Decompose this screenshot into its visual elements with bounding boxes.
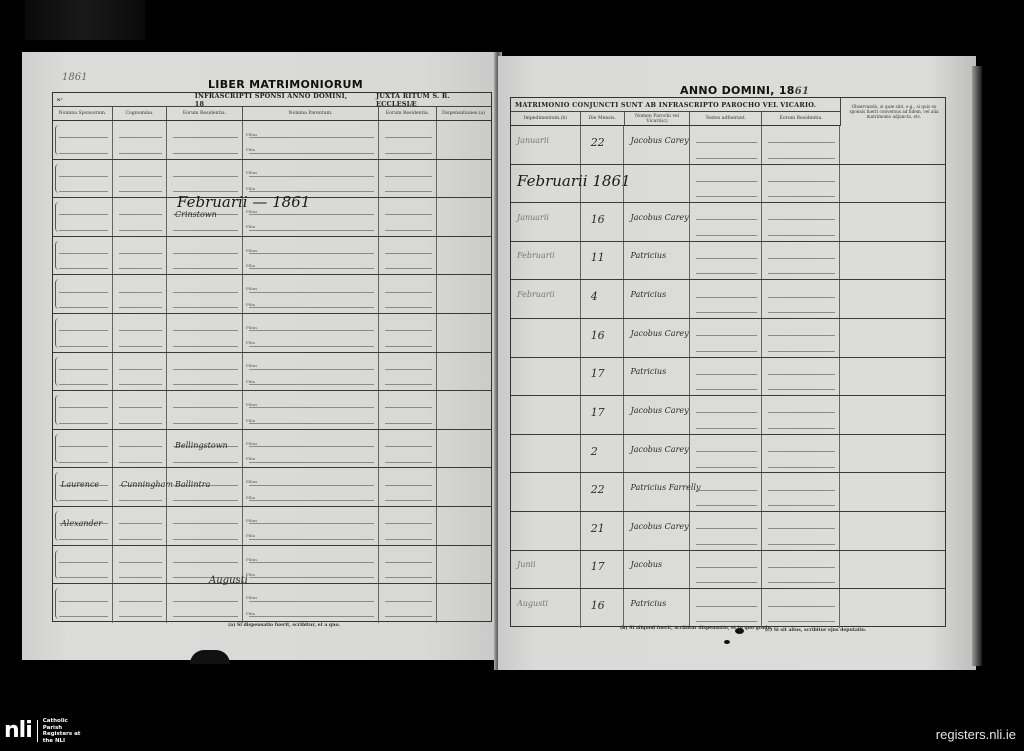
filia-label: Filia <box>246 302 255 307</box>
table-title-rite: JUXTA RITUM S. R. ECCLESIÆ <box>376 92 491 108</box>
entry-cell <box>840 126 946 164</box>
month-entry: Januarii <box>517 136 549 145</box>
entry-cell: FiliusFilia <box>243 584 379 623</box>
register-entry: FiliusFilia <box>53 314 491 353</box>
filia-label: Filius <box>246 557 257 562</box>
entry-cell <box>437 468 490 506</box>
entry-cell: 22 <box>581 473 625 511</box>
register-entry: FiliusFilia <box>53 121 491 160</box>
entry-cell <box>53 198 113 236</box>
entry-cell <box>840 512 946 550</box>
entry-cell <box>840 165 946 203</box>
entry-cell <box>53 430 113 468</box>
entry-cell: 22 <box>581 126 625 164</box>
entry-cell <box>113 353 167 391</box>
entry-cell: 16 <box>581 589 625 628</box>
entry-cell: FiliusFilia <box>243 430 379 468</box>
entry-cell <box>690 473 762 511</box>
entry-cell <box>624 165 690 203</box>
register-entry: 21Jacobus Carey <box>511 512 945 551</box>
entry-cell <box>53 121 113 159</box>
entry-cell <box>762 242 840 280</box>
entry-cell <box>113 507 167 545</box>
document-viewer[interactable]: 1861 LIBER MATRIMONIORUM N° INFRASCRIPTI… <box>0 0 1024 751</box>
entry-cell <box>762 435 840 473</box>
col-header: Eorum Residentia. <box>762 112 840 125</box>
entry-cell <box>437 198 490 236</box>
entry-cell <box>167 160 243 198</box>
table-title-text: INFRASCRIPTI SPONSI ANNO DOMINI, 18 <box>195 92 356 108</box>
entry-cell: Patricius <box>624 589 690 628</box>
day-entry: 16 <box>591 213 605 226</box>
register-entry: Junii17Jacobus <box>511 551 945 590</box>
entry-cell: Patricius <box>624 280 690 318</box>
entry-cell <box>113 584 167 623</box>
filia-label: Filia <box>246 147 255 152</box>
entry-cell <box>113 237 167 275</box>
filia-label: Filia <box>246 533 255 538</box>
entry-cell <box>53 584 113 623</box>
table-title-right: MATRIMONIO CONJUNCTI SUNT AB INFRASCRIPT… <box>511 98 840 112</box>
day-entry: 21 <box>591 522 605 535</box>
brace <box>55 472 59 502</box>
entry-cell <box>379 314 437 352</box>
entry-cell <box>511 358 581 396</box>
priest-entry: Patricius <box>630 367 666 376</box>
entry-cell <box>167 314 243 352</box>
entry-cell <box>840 396 946 434</box>
entry-cell <box>690 435 762 473</box>
entry-cell: Jacobus Carey <box>624 512 690 550</box>
month-entry: Februarii <box>517 251 555 260</box>
month-entry: Augusti <box>517 599 548 608</box>
entry-cell <box>53 391 113 429</box>
filia-label: Filius <box>246 479 257 484</box>
register-entry: Februarii11Patricius <box>511 242 945 281</box>
entry-cell <box>690 242 762 280</box>
entry-cell <box>437 314 490 352</box>
register-entry: 17Patricius <box>511 358 945 397</box>
right-header-block: MATRIMONIO CONJUNCTI SUNT AB INFRASCRIPT… <box>511 98 841 126</box>
handwritten-entry: Cunningham <box>121 480 173 489</box>
entry-cell <box>379 507 437 545</box>
entry-cell <box>53 314 113 352</box>
entry-cell: Ballintra <box>167 468 243 506</box>
entry-cell <box>511 473 581 511</box>
day-entry: 17 <box>591 367 605 380</box>
day-entry: 17 <box>591 560 605 573</box>
entry-cell: 16 <box>581 203 625 241</box>
ink-blot <box>735 628 744 634</box>
entry-cell: Patricius <box>624 358 690 396</box>
entry-cell <box>437 275 490 313</box>
entry-cell <box>113 160 167 198</box>
entry-cell: 17 <box>581 551 625 589</box>
handwritten-entry: Alexander <box>61 519 102 528</box>
filia-label: Filia <box>246 340 255 345</box>
entry-cell <box>762 396 840 434</box>
entry-cell <box>762 512 840 550</box>
entry-cell: Augusti <box>511 589 581 628</box>
entry-cell: Jacobus Carey <box>624 126 690 164</box>
day-entry: 2 <box>591 445 598 458</box>
entry-cell: Patricius <box>624 242 690 280</box>
entry-cell <box>840 435 946 473</box>
register-entry: BellingstownFiliusFilia <box>53 430 491 469</box>
filia-label: Filia <box>246 224 255 229</box>
entry-cell: FiliusFilia <box>243 391 379 429</box>
entry-cell: Februarii <box>511 280 581 318</box>
entry-cell: Jacobus Carey <box>624 396 690 434</box>
priest-entry: Jacobus Carey <box>630 406 688 415</box>
entry-cell <box>437 584 490 623</box>
entry-cell: FiliusFilia <box>243 314 379 352</box>
entry-cell <box>379 275 437 313</box>
register-entry: Januarii22Jacobus Carey <box>511 126 945 165</box>
entry-cell <box>840 203 946 241</box>
entry-cell <box>840 589 946 628</box>
entry-cell <box>437 160 490 198</box>
filia-label: Filius <box>246 402 257 407</box>
entry-cell: Jacobus Carey <box>624 203 690 241</box>
entry-cell <box>840 551 946 589</box>
entry-cell: FiliusFilia <box>243 275 379 313</box>
entry-cell <box>762 126 840 164</box>
register-entry: FiliusFilia <box>53 237 491 276</box>
filia-label: Filius <box>246 441 257 446</box>
handwritten-august: Augusti <box>209 575 248 586</box>
register-entry: Januarii16Jacobus Carey <box>511 203 945 242</box>
entry-cell <box>690 512 762 550</box>
col-header: Die Mensis. <box>581 112 625 125</box>
entry-cell <box>437 121 490 159</box>
entry-cell <box>437 546 490 584</box>
register-entry: 2Jacobus Carey <box>511 435 945 474</box>
filia-label: Filius <box>246 363 257 368</box>
handwritten-entry: Ballintra <box>175 480 210 489</box>
brace <box>55 357 59 387</box>
entry-cell: Januarii <box>511 203 581 241</box>
entry-cell <box>167 507 243 545</box>
entry-cell <box>379 198 437 236</box>
entry-cell <box>840 280 946 318</box>
filia-label: Filius <box>246 248 257 253</box>
entry-cell <box>113 430 167 468</box>
register-entry: FiliusFilia <box>53 275 491 314</box>
entry-cell <box>379 237 437 275</box>
filia-label: Filius <box>246 132 257 137</box>
entry-cell <box>167 584 243 623</box>
filia-label: Filia <box>246 456 255 461</box>
entry-cell <box>762 589 840 628</box>
register-entry: Augusti16Patricius <box>511 589 945 628</box>
brace <box>55 588 59 619</box>
entry-cell: FiliusFilia <box>243 353 379 391</box>
entry-cell <box>437 507 490 545</box>
entry-cell <box>167 275 243 313</box>
entry-cell <box>53 353 113 391</box>
col-header: Cognomina. <box>113 107 167 120</box>
register-entry: 17Jacobus Carey <box>511 396 945 435</box>
entry-cell <box>690 358 762 396</box>
entry-cell: Februarii <box>511 242 581 280</box>
entry-cell <box>690 280 762 318</box>
register-entry: Februarii4Patricius <box>511 280 945 319</box>
entry-cell <box>762 203 840 241</box>
day-entry: 22 <box>591 483 605 496</box>
entry-cell <box>167 237 243 275</box>
entry-cell <box>840 319 946 357</box>
priest-entry: Patricius <box>630 290 666 299</box>
entry-cell: Laurence <box>53 468 113 506</box>
brace <box>55 318 59 348</box>
entry-cell: 2 <box>581 435 625 473</box>
entry-cell: Bellingstown <box>167 430 243 468</box>
col-header: Eorum Residentia. <box>379 107 437 120</box>
entry-cell <box>690 203 762 241</box>
priest-entry: Jacobus Carey <box>630 136 688 145</box>
entry-cell <box>762 280 840 318</box>
entry-cell: FiliusFilia <box>243 468 379 506</box>
priest-entry: Jacobus Carey <box>630 329 688 338</box>
table-title-left: N° INFRASCRIPTI SPONSI ANNO DOMINI, 18 J… <box>53 93 491 107</box>
entry-cell: Junii <box>511 551 581 589</box>
entry-cell: Alexander <box>53 507 113 545</box>
entry-cell <box>762 551 840 589</box>
marriage-register-table-right: MATRIMONIO CONJUNCTI SUNT AB INFRASCRIPT… <box>510 97 946 627</box>
filia-label: Filius <box>246 286 257 291</box>
entry-cell <box>511 512 581 550</box>
col-header: Eorum Residentia. <box>167 107 243 120</box>
day-entry: 22 <box>591 136 605 149</box>
entry-cell <box>840 358 946 396</box>
entry-cell: FiliusFilia <box>243 121 379 159</box>
handwritten-entry: Laurence <box>61 480 99 489</box>
col-header: Testes adfuerunt. <box>690 112 762 125</box>
year-suffix: 61 <box>795 86 810 97</box>
priest-entry: Jacobus Carey <box>630 522 688 531</box>
entry-cell: FiliusFilia <box>243 237 379 275</box>
month-entry: Junii <box>517 560 536 569</box>
brace <box>55 550 59 580</box>
entry-cell <box>581 165 625 203</box>
brace <box>55 241 59 271</box>
entry-cell <box>53 275 113 313</box>
entry-cell <box>167 353 243 391</box>
col-header: Nomen Parochi vel Vicarii(c) <box>625 112 691 125</box>
col-header: Nomina Parentum. <box>243 107 379 120</box>
day-entry: 4 <box>591 290 598 303</box>
entry-cell <box>53 237 113 275</box>
nli-brand[interactable]: nli Catholic Parish Registers at the NLI <box>4 718 83 744</box>
right-page-title: ANNO DOMINI, 1861 <box>680 84 809 97</box>
entry-cell: 16 <box>581 319 625 357</box>
priest-entry: Jacobus Carey <box>630 213 688 222</box>
month-entry: Januarii <box>517 213 549 222</box>
filia-label: Filius <box>246 170 257 175</box>
entry-cell <box>379 584 437 623</box>
entry-cell <box>840 473 946 511</box>
priest-entry: Patricius <box>630 599 666 608</box>
entry-cell <box>113 121 167 159</box>
column-headers-left: Nomina Sponsorum. Cognomina. Eorum Resid… <box>53 107 491 121</box>
entry-cell <box>379 546 437 584</box>
entry-cell: 17 <box>581 396 625 434</box>
filia-label: Filia <box>246 495 255 500</box>
entry-cell: FiliusFilia <box>243 160 379 198</box>
entry-cell <box>762 358 840 396</box>
handwritten-month-header: Februarii — 1861 <box>177 193 310 211</box>
entry-cell: FiliusFilia <box>243 546 379 584</box>
entry-cell <box>113 275 167 313</box>
filia-label: Filia <box>246 611 255 616</box>
entry-cell: Februarii 1861 <box>511 165 581 203</box>
entry-cell <box>690 126 762 164</box>
corner-note: 1861 <box>62 72 87 83</box>
footnote-a: (a) Si dispensatio fuerit, scribitur, et… <box>228 623 340 628</box>
brace <box>55 279 59 309</box>
filia-label: Filia <box>246 418 255 423</box>
brace <box>55 434 59 464</box>
register-entry: LaurenceCunninghamBallintraFiliusFilia <box>53 468 491 507</box>
entry-cell: 17 <box>581 358 625 396</box>
priest-entry: Jacobus Carey <box>630 445 688 454</box>
register-entry: 22Patricius Farrelly <box>511 473 945 512</box>
nli-logo: nli <box>4 720 32 742</box>
entry-cell <box>113 546 167 584</box>
entry-cell: Patricius Farrelly <box>624 473 690 511</box>
entry-cell: Jacobus Carey <box>624 435 690 473</box>
entry-cell <box>690 165 762 203</box>
brace <box>55 395 59 425</box>
entry-cell <box>379 391 437 429</box>
priest-entry: Patricius <box>630 251 666 260</box>
day-entry: 17 <box>591 406 605 419</box>
filia-label: Filius <box>246 595 257 600</box>
handwritten-entry: Bellingstown <box>175 441 228 450</box>
footnote-c: (c) Si sit alius, scribitur ejus deputat… <box>765 628 866 633</box>
entry-cell <box>379 353 437 391</box>
filia-label: Filia <box>246 263 255 268</box>
register-entry: FiliusFilia <box>53 584 491 623</box>
handwritten-entry: Crinstown <box>175 210 217 219</box>
entry-cell <box>379 160 437 198</box>
month-entry: Februarii <box>517 290 555 299</box>
entry-cell <box>113 391 167 429</box>
register-entry: 16Jacobus Carey <box>511 319 945 358</box>
ink-blot <box>724 640 730 644</box>
entry-cell <box>379 430 437 468</box>
entry-cell <box>379 468 437 506</box>
ink-blot <box>190 650 230 664</box>
entry-cell: Januarii <box>511 126 581 164</box>
entry-cell <box>690 396 762 434</box>
entry-cell: 4 <box>581 280 625 318</box>
brace <box>55 164 59 194</box>
filia-label: Filius <box>246 325 257 330</box>
entry-cell <box>690 319 762 357</box>
register-entry: FiliusFilia <box>53 391 491 430</box>
entry-cell <box>690 589 762 628</box>
brace <box>55 125 59 155</box>
entry-cell <box>167 121 243 159</box>
entry-cell: 11 <box>581 242 625 280</box>
entry-cell <box>511 435 581 473</box>
observation-header: Observandu, si quæ sint, e.g., si quis e… <box>843 104 945 119</box>
entry-cell: Jacobus <box>624 551 690 589</box>
entry-cell <box>437 353 490 391</box>
brand-text: Catholic Parish Registers at the NLI <box>43 718 83 744</box>
entry-cell <box>762 319 840 357</box>
col-header: Nomina Sponsorum. <box>53 107 113 120</box>
entry-cell: Jacobus Carey <box>624 319 690 357</box>
brace <box>55 202 59 232</box>
anno-domini: ANNO DOMINI, 18 <box>680 84 795 97</box>
priest-entry: Jacobus <box>630 560 662 569</box>
entry-cell: 21 <box>581 512 625 550</box>
col-header: Impedimentum.(b) <box>511 112 581 125</box>
entry-cell <box>379 121 437 159</box>
entry-cell <box>437 237 490 275</box>
day-entry: 16 <box>591 329 605 342</box>
footnote-b: (b) Si aliquod fuerit, scribitur dispens… <box>620 626 772 631</box>
filia-label: Filia <box>246 379 255 384</box>
entries-right: Januarii22Jacobus CareyFebruarii 1861Jan… <box>511 126 945 626</box>
site-link[interactable]: registers.nli.ie <box>936 727 1016 742</box>
entry-cell <box>762 165 840 203</box>
entry-cell: Cunningham <box>113 468 167 506</box>
column-headers-right: Impedimentum.(b) Die Mensis. Nomen Paroc… <box>511 112 840 126</box>
marriage-register-table-left: N° INFRASCRIPTI SPONSI ANNO DOMINI, 18 J… <box>52 92 492 622</box>
brace <box>55 511 59 541</box>
filia-label: Filia <box>246 186 255 191</box>
register-entry: FiliusFilia <box>53 546 491 585</box>
entry-cell <box>437 430 490 468</box>
entry-cell <box>53 546 113 584</box>
entry-cell <box>690 551 762 589</box>
entry-cell <box>113 198 167 236</box>
day-entry: 16 <box>591 599 605 612</box>
entry-cell <box>511 396 581 434</box>
entry-cell <box>53 160 113 198</box>
book-cover-edge <box>25 0 145 40</box>
entry-cell <box>167 391 243 429</box>
left-page-title: LIBER MATRIMONIORUM <box>208 78 363 91</box>
entry-cell: FiliusFilia <box>243 507 379 545</box>
row-marker: N° <box>53 97 67 102</box>
filia-label: Filius <box>246 518 257 523</box>
entry-cell <box>437 391 490 429</box>
day-entry: 11 <box>591 251 605 264</box>
entry-cell <box>762 473 840 511</box>
col-header: Dispensationes.(a) <box>437 107 490 120</box>
register-entry: AlexanderFiliusFilia <box>53 507 491 546</box>
entry-cell <box>511 319 581 357</box>
entry-cell <box>840 242 946 280</box>
register-entry: Februarii 1861 <box>511 165 945 204</box>
entry-cell <box>113 314 167 352</box>
register-entry: FiliusFilia <box>53 353 491 392</box>
brand-divider <box>37 720 38 742</box>
